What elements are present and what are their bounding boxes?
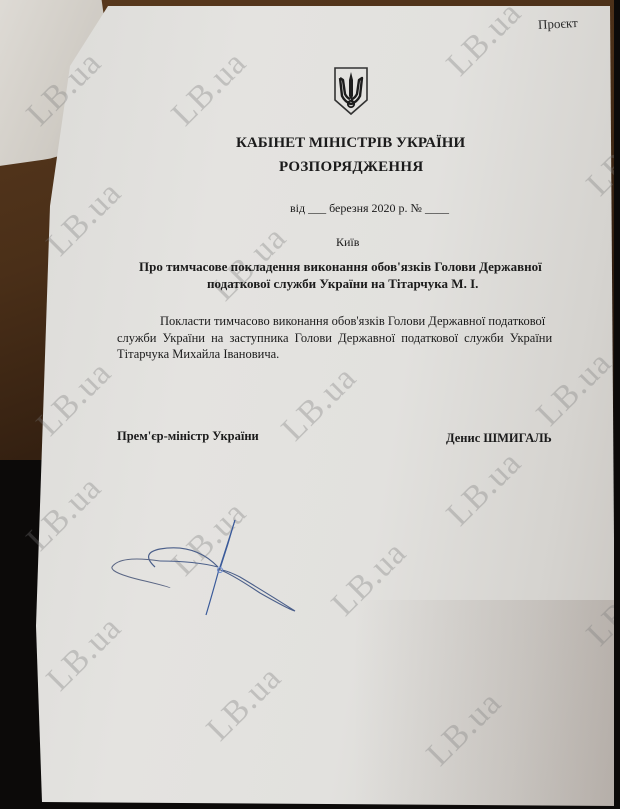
subject-line-1: Про тимчасове покладення виконання обов'… bbox=[139, 259, 542, 275]
project-label: Проєкт bbox=[538, 15, 579, 33]
signatory-title: Прем'єр-міністр України bbox=[117, 429, 259, 444]
subject-line-2: податкової служби України на Тітарчука М… bbox=[207, 276, 478, 292]
document-type-title: РОЗПОРЯДЖЕННЯ bbox=[279, 159, 423, 176]
body-line-1: Покласти тимчасово виконання обов'язків … bbox=[160, 314, 545, 329]
body-line-2: служби України на заступника Голови Держ… bbox=[117, 331, 552, 346]
organization-title: КАБІНЕТ МІНІСТРІВ УКРАЇНИ bbox=[236, 135, 465, 152]
handwritten-signature-icon bbox=[100, 515, 300, 620]
signatory-name: Денис ШМИГАЛЬ bbox=[446, 431, 552, 446]
photo-dark-edge bbox=[614, 0, 620, 809]
body-line-3: Тітарчука Михайла Івановича. bbox=[117, 347, 279, 362]
city-label: Київ bbox=[336, 235, 359, 250]
date-number-line: від ___ березня 2020 р. № ____ bbox=[290, 201, 449, 216]
ukraine-trident-emblem-icon bbox=[333, 66, 369, 116]
